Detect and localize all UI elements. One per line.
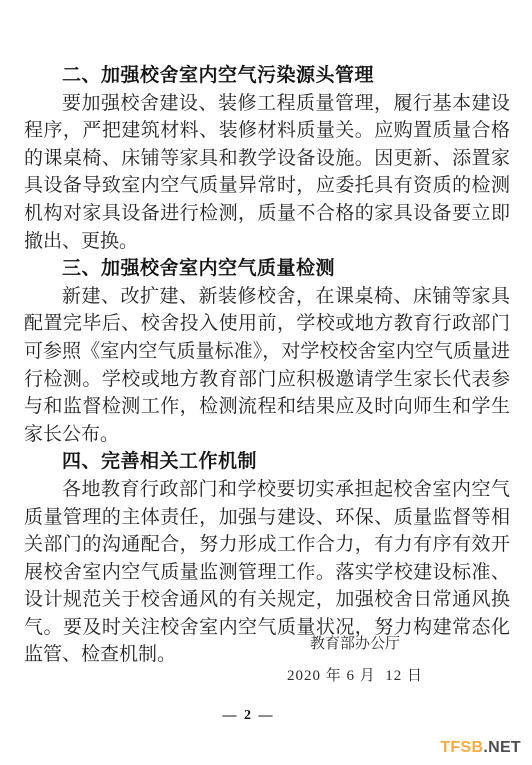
section-heading: 二、加强校舍室内空气污染源头管理 <box>24 62 510 90</box>
signature-block: 教育部办公厅 2020 年 6 月 12 日 <box>280 628 430 692</box>
watermark: TFSB.NET <box>440 739 521 757</box>
page-number: — 2 — <box>0 708 497 724</box>
signature-date: 2020 年 6 月 12 日 <box>280 660 430 692</box>
section-paragraph: 各地教育行政部门和学校要切实承担起校舍室内空气质量管理的主体责任，加强与建设、环… <box>24 476 510 669</box>
section-paragraph: 新建、改扩建、新装修校舍，在课桌椅、床铺等家具配置完毕后、校舍投入使用前，学校或… <box>24 283 510 449</box>
document-page: 二、加强校舍室内空气污染源头管理 要加强校舍建设、装修工程质量管理，履行基本建设… <box>0 0 532 765</box>
section-work-mechanism: 四、完善相关工作机制 各地教育行政部门和学校要切实承担起校舍室内空气质量管理的主… <box>24 448 510 669</box>
section-heading: 四、完善相关工作机制 <box>24 448 510 476</box>
signature-issuer: 教育部办公厅 <box>280 628 430 660</box>
watermark-brand: TFSB <box>440 739 483 756</box>
watermark-suffix: .NET <box>483 739 521 756</box>
section-heading: 三、加强校舍室内空气质量检测 <box>24 255 510 283</box>
section-paragraph: 要加强校舍建设、装修工程质量管理，履行基本建设程序，严把建筑材料、装修材料质量关… <box>24 90 510 256</box>
section-air-quality-testing: 三、加强校舍室内空气质量检测 新建、改扩建、新装修校舍，在课桌椅、床铺等家具配置… <box>24 255 510 448</box>
document-body: 二、加强校舍室内空气污染源头管理 要加强校舍建设、装修工程质量管理，履行基本建设… <box>24 62 510 669</box>
section-air-pollution-source-management: 二、加强校舍室内空气污染源头管理 要加强校舍建设、装修工程质量管理，履行基本建设… <box>24 62 510 255</box>
